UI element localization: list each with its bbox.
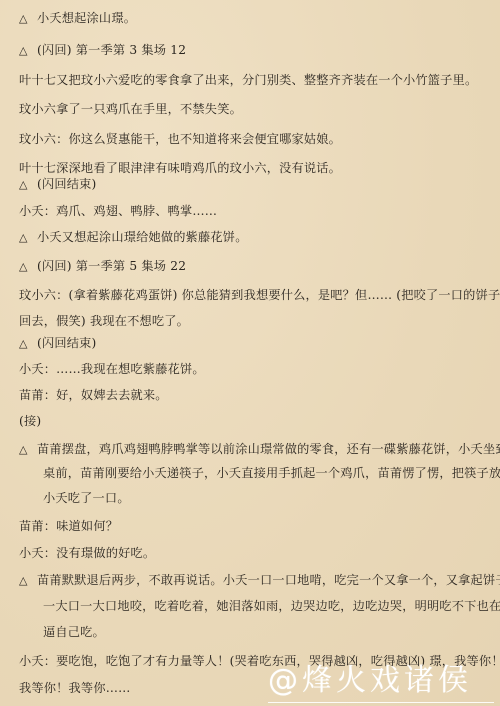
- dialogue-line: 小夭：……我现在想吃紫藤花饼。: [19, 361, 205, 377]
- triangle-marker-icon: △: [19, 573, 37, 589]
- dialogue-line: 我等你！我等你……: [19, 680, 131, 696]
- triangle-marker-icon: △: [19, 336, 37, 352]
- script-page: △小夭想起涂山璟。 △(闪回) 第一季第 3 集场 12 叶十七又把玟小六爱吃的…: [0, 0, 500, 706]
- dialogue-line: 小夭：鸡爪、鸡翅、鸭脖、鸭掌……: [19, 203, 217, 219]
- scene-heading: △(闪回) 第一季第 3 集场 12: [19, 42, 186, 59]
- action-line: 玟小六拿了一只鸡爪在手里，不禁失笑。: [19, 101, 242, 117]
- stage-direction: △小夭想起涂山璟。: [19, 10, 136, 27]
- dialogue-line: 玟小六：你这么贤惠能干，也不知道将来会便宜哪家姑娘。: [19, 131, 341, 147]
- scene-heading: △(闪回) 第一季第 5 集场 22: [19, 258, 186, 275]
- dialogue-line: 苗莆：好，奴婢去去就来。: [19, 387, 168, 403]
- stage-direction: △苗莆默默退后两步，不敢再说话。小夭一口一口地啃，吃完一个又拿一个，又拿起饼子: [19, 572, 500, 589]
- triangle-marker-icon: △: [19, 11, 37, 27]
- stage-direction: △(闪回结束): [19, 176, 96, 193]
- stage-direction: △小夭又想起涂山璟给她做的紫藤花饼。: [19, 229, 248, 246]
- dialogue-line: 玟小六：(拿着紫藤花鸡蛋饼) 你总能猜到我想要什么，是吧？但…… (把咬了一口的…: [19, 287, 500, 303]
- stage-direction: △苗莆摆盘，鸡爪鸡翅鸭脖鸭掌等以前涂山璟常做的零食，还有一碟紫藤花饼，小夭坐到: [19, 441, 500, 458]
- stage-direction: △(闪回结束): [19, 335, 96, 352]
- triangle-marker-icon: △: [19, 442, 37, 458]
- triangle-marker-icon: △: [19, 230, 37, 246]
- action-line: 叶十七又把玟小六爱吃的零食拿了出来，分门别类、整整齐齐装在一个小竹篮子里。: [19, 72, 477, 88]
- dialogue-line: 小夭：没有璟做的好吃。: [19, 545, 155, 561]
- dialogue-line: 回去，假笑) 我现在不想吃了。: [19, 313, 189, 329]
- stage-direction-continued: 桌前，苗莆刚要给小夭递筷子，小夭直接用手抓起一个鸡爪，苗莆愣了愣，把筷子放下。: [43, 465, 500, 481]
- stage-direction-continued: 小夭吃了一口。: [43, 490, 130, 506]
- stage-direction-continued: 逼自己吃。: [43, 624, 105, 640]
- watermark: @烽火戏诸侯: [268, 664, 494, 703]
- transition-line: (接): [19, 413, 41, 429]
- triangle-marker-icon: △: [19, 177, 37, 193]
- action-line: 叶十七深深地看了眼津津有味啃鸡爪的玟小六，没有说话。: [19, 160, 341, 176]
- dialogue-line: 苗莆：味道如何？: [19, 518, 118, 534]
- stage-direction-continued: 一大口一大口地咬，吃着吃着，她泪落如雨，边哭边吃，边吃边哭，明明吃不下也在硬: [43, 598, 500, 614]
- triangle-marker-icon: △: [19, 43, 37, 59]
- triangle-marker-icon: △: [19, 259, 37, 275]
